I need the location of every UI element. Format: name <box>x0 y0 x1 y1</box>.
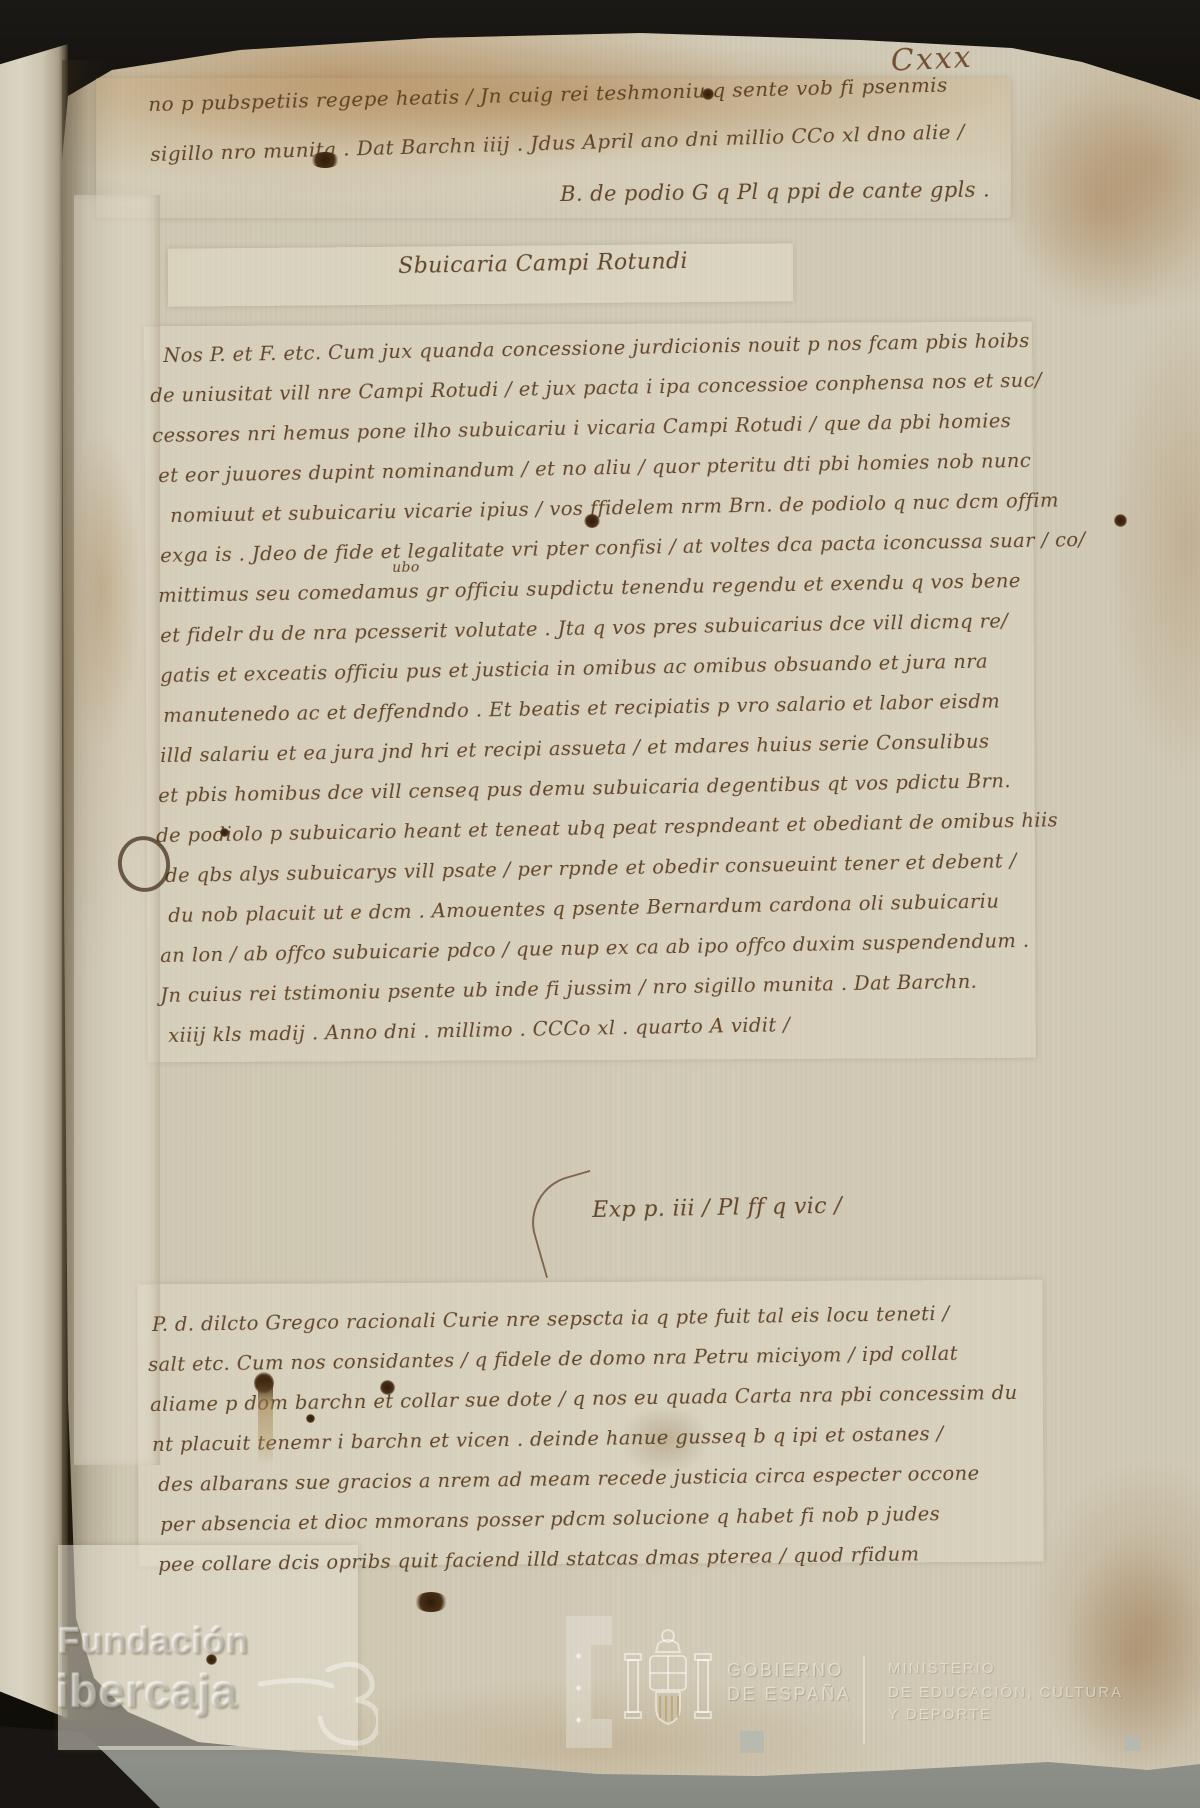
watermark-divider <box>863 1656 865 1744</box>
margin-strip <box>74 195 160 1465</box>
spain-coat-of-arms-icon <box>620 1626 716 1738</box>
artifact-square <box>1124 1735 1140 1751</box>
ministerio-watermark-line2: DE EDUCACIÓN, CULTURA <box>888 1684 1123 1701</box>
star-icon: ✶ <box>574 1682 583 1695</box>
stain-left-margin <box>62 430 142 750</box>
ink-drip <box>258 1378 273 1466</box>
star-icon: ✶ <box>574 1714 583 1727</box>
ink-blot <box>702 88 714 100</box>
ministerio-watermark-line3: Y DEPORTE <box>888 1706 992 1723</box>
manuscript-photo: Cxxx no p pubspetiis regepe heatis / Jn … <box>0 0 1200 1808</box>
closing-note: Exp p. iii / Pl ff q vic / <box>592 1194 842 1223</box>
ibercaja-watermark-line1: Fundación <box>58 1620 249 1662</box>
ink-blot <box>220 828 229 837</box>
ink-blot <box>414 1592 448 1612</box>
ink-blot <box>380 1380 395 1395</box>
ibercaja-logo-icon <box>258 1652 378 1747</box>
artifact-square <box>740 1731 764 1753</box>
gobierno-watermark-line2: DE ESPAÑA <box>727 1684 851 1705</box>
ink-blot <box>584 514 600 528</box>
ministerio-watermark-line1: MINISTERIO <box>888 1660 996 1677</box>
doc1-superscript: ubo <box>392 560 420 576</box>
ink-blot <box>310 152 340 168</box>
section-heading: Sbuicaria Campi Rotundi <box>398 249 688 279</box>
star-icon: ✶ <box>574 1650 583 1663</box>
ink-blot <box>1114 514 1127 527</box>
ink-blot <box>306 1414 315 1423</box>
fragment-signature: B. de podio G q Pl q ppi de cante gpls . <box>560 177 990 206</box>
stain-top-right <box>1005 90 1200 320</box>
previous-page-edge <box>0 44 68 1732</box>
ibercaja-watermark-line2: ibercaja <box>56 1664 238 1718</box>
gobierno-watermark-line1: GOBIERNO <box>727 1660 844 1681</box>
